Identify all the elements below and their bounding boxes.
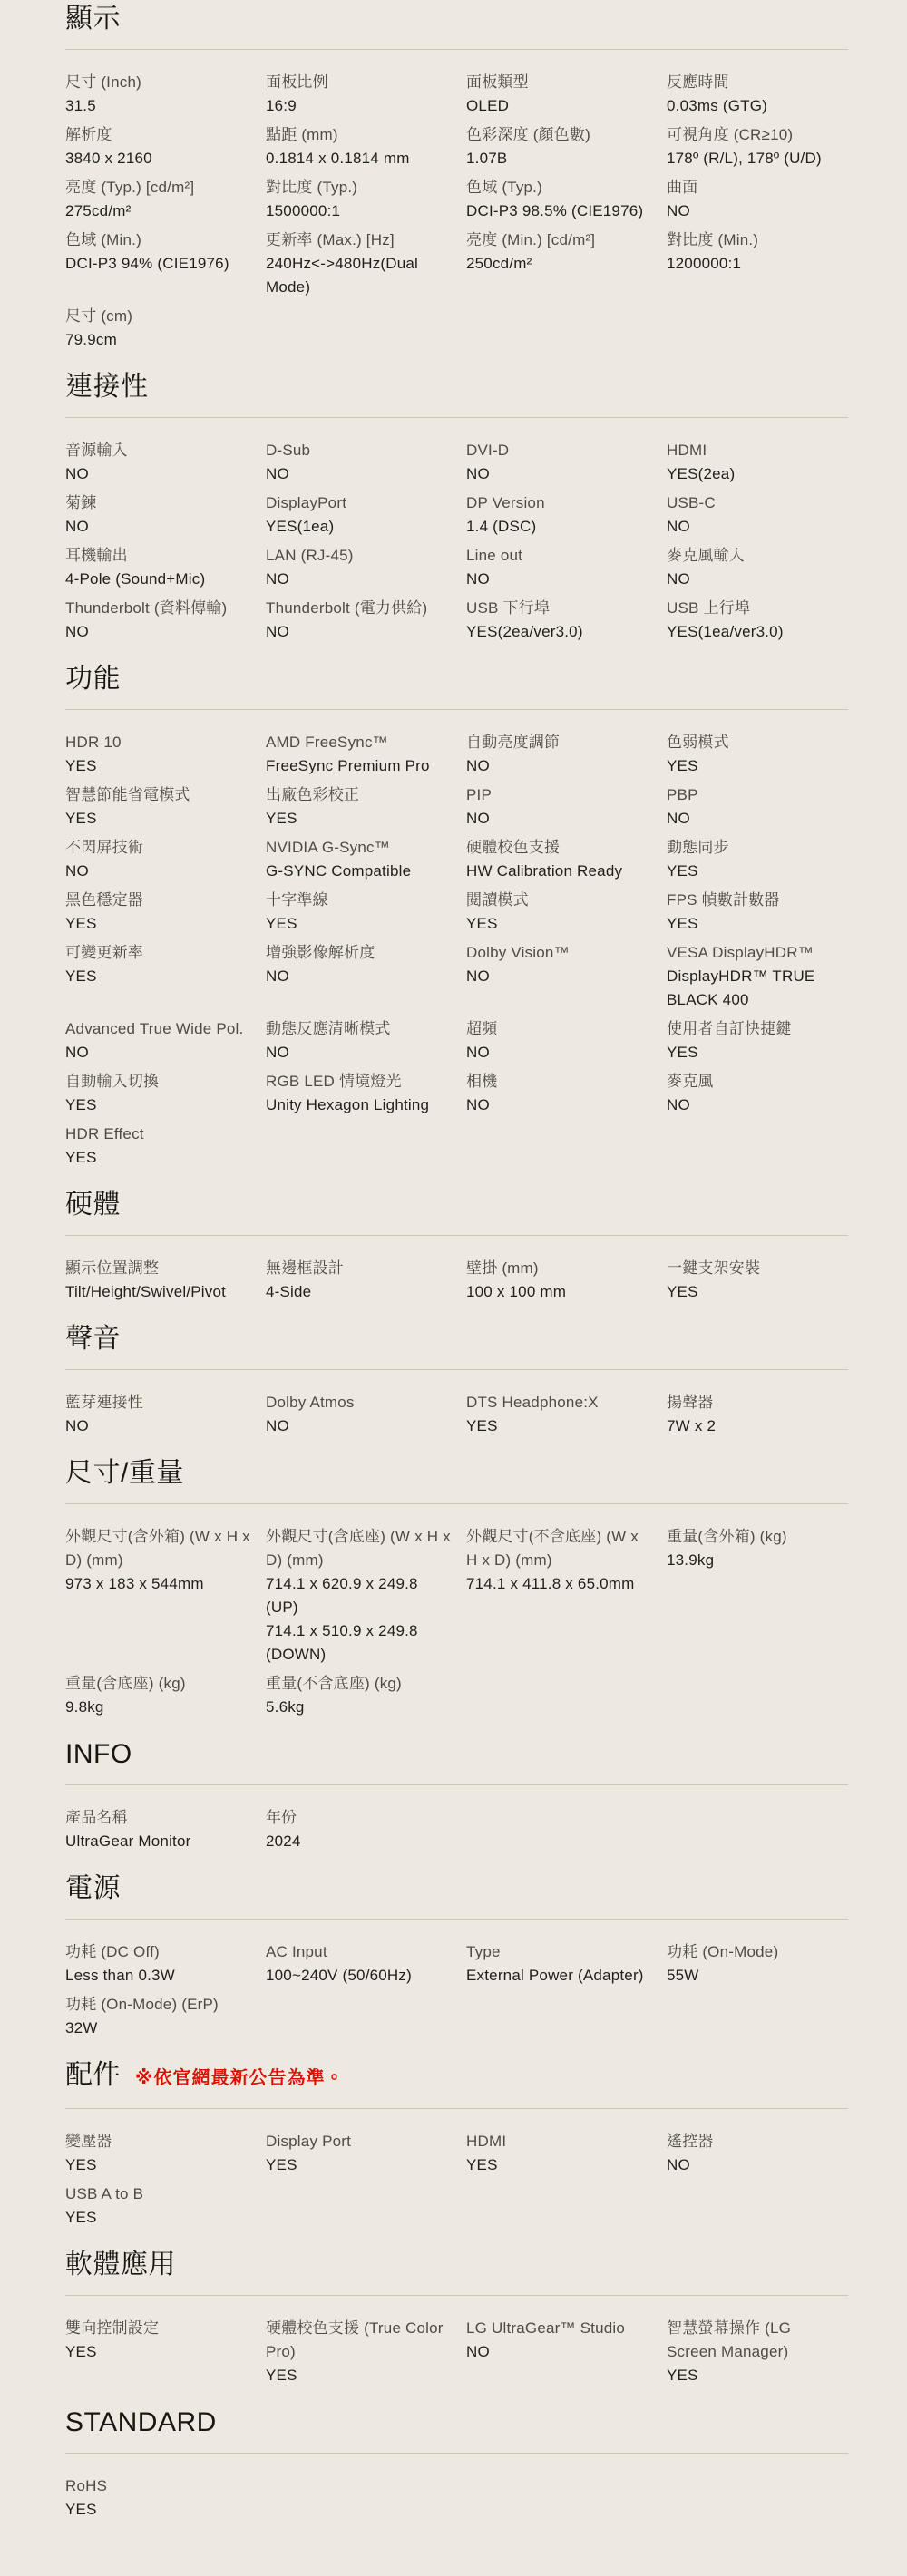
spec-value: NO xyxy=(667,199,835,223)
spec-label: HDR Effect xyxy=(65,1123,253,1146)
spec-value: NO xyxy=(667,1094,835,1117)
spec-label: 不閃屏技術 xyxy=(65,836,253,860)
spec-label: 超頻 xyxy=(466,1017,654,1041)
spec-cell: 年份2024 xyxy=(266,1806,466,1853)
spec-label: 重量(含外箱) (kg) xyxy=(667,1525,835,1549)
spec-label: 面板比例 xyxy=(266,71,453,94)
spec-cell: 對比度 (Min.)1200000:1 xyxy=(667,228,848,299)
spec-value: YES xyxy=(266,2153,453,2177)
spec-label: AC Input xyxy=(266,1940,453,1964)
spec-label: Thunderbolt (資料傳輸) xyxy=(65,597,253,620)
spec-value: External Power (Adapter) xyxy=(466,1964,654,1988)
spec-cell: AC Input100~240V (50/60Hz) xyxy=(266,1940,466,1988)
spec-cell: 揚聲器7W x 2 xyxy=(667,1391,848,1438)
spec-cell: DisplayPortYES(1ea) xyxy=(266,491,466,539)
spec-cell: 自動輸入切換YES xyxy=(65,1070,266,1117)
spec-label: Dolby Vision™ xyxy=(466,941,654,965)
spec-label: 反應時間 xyxy=(667,71,835,94)
spec-cell: 解析度3840 x 2160 xyxy=(65,123,266,170)
spec-cell: USB 上行埠YES(1ea/ver3.0) xyxy=(667,597,848,644)
spec-value: Tilt/Height/Swivel/Pivot xyxy=(65,1280,253,1304)
spec-label: 外觀尺寸(含底座) (W x H x D) (mm) xyxy=(266,1525,453,1572)
section-divider xyxy=(65,709,848,710)
spec-cell: 動態同步YES xyxy=(667,836,848,883)
section-divider xyxy=(65,1919,848,1920)
spec-cell: TypeExternal Power (Adapter) xyxy=(466,1940,667,1988)
spec-label: DTS Headphone:X xyxy=(466,1391,654,1414)
spec-section-1: 連接性音源輸入NOD-SubNODVI-DNOHDMIYES(2ea)菊鍊NOD… xyxy=(65,368,848,644)
spec-value: YES xyxy=(466,912,654,936)
spec-label: NVIDIA G-Sync™ xyxy=(266,836,453,860)
spec-cell: USB A to BYES xyxy=(65,2182,266,2230)
spec-value: YES(1ea) xyxy=(266,515,453,539)
spec-value: FreeSync Premium Pro xyxy=(266,754,453,778)
spec-label: 更新率 (Max.) [Hz] xyxy=(266,228,453,252)
spec-value: YES xyxy=(266,807,453,831)
spec-value: YES xyxy=(65,2153,253,2177)
spec-value: YES xyxy=(266,912,453,936)
spec-cell: 不閃屏技術NO xyxy=(65,836,266,883)
spec-cell: 增強影像解析度NO xyxy=(266,941,466,1012)
spec-label: USB-C xyxy=(667,491,835,515)
spec-label: 使用者自訂快捷鍵 xyxy=(667,1017,835,1041)
spec-value: NO xyxy=(266,1414,453,1438)
section-divider xyxy=(65,2295,848,2296)
spec-label: FPS 幀數計數器 xyxy=(667,889,835,912)
spec-cell: 對比度 (Typ.)1500000:1 xyxy=(266,176,466,223)
spec-row: 功耗 (On-Mode) (ErP)32W xyxy=(65,1993,848,2040)
spec-value: NO xyxy=(466,807,654,831)
spec-value: 55W xyxy=(667,1964,835,1988)
spec-label: Display Port xyxy=(266,2130,453,2153)
spec-row: 智慧節能省電模式YES出廠色彩校正YESPIPNOPBPNO xyxy=(65,783,848,831)
spec-page: 顯示尺寸 (Inch)31.5面板比例16:9面板類型OLED反應時間0.03m… xyxy=(0,0,907,2569)
spec-value: YES xyxy=(65,2340,253,2364)
spec-value: YES xyxy=(466,2153,654,2177)
spec-cell: 反應時間0.03ms (GTG) xyxy=(667,71,848,118)
spec-label: 亮度 (Typ.) [cd/m²] xyxy=(65,176,253,199)
spec-value: YES xyxy=(667,754,835,778)
section-title-text: 軟體應用 xyxy=(65,2246,176,2284)
spec-value: NO xyxy=(466,568,654,591)
spec-cell: 重量(含底座) (kg)9.8kg xyxy=(65,1672,266,1719)
spec-label: 動態同步 xyxy=(667,836,835,860)
section-title: 硬體 xyxy=(65,1186,848,1224)
spec-value: DisplayHDR™ TRUE BLACK 400 xyxy=(667,965,835,1012)
section-title-text: 功能 xyxy=(65,660,121,698)
spec-value: YES xyxy=(65,2498,253,2522)
spec-row: RoHSYES xyxy=(65,2474,848,2522)
spec-cell: 可視角度 (CR≥10)178º (R/L), 178º (U/D) xyxy=(667,123,848,170)
section-divider xyxy=(65,2108,848,2109)
spec-value: NO xyxy=(667,807,835,831)
spec-value: YES xyxy=(466,1414,654,1438)
spec-value: 2024 xyxy=(266,1830,453,1853)
spec-cell: 變壓器YES xyxy=(65,2130,266,2177)
spec-value: Unity Hexagon Lighting xyxy=(266,1094,453,1117)
spec-value: YES xyxy=(667,1280,835,1304)
spec-cell: Dolby Vision™NO xyxy=(466,941,667,1012)
section-rows: RoHSYES xyxy=(65,2474,848,2522)
spec-cell: AMD FreeSync™FreeSync Premium Pro xyxy=(266,731,466,778)
spec-value: NO xyxy=(65,1414,253,1438)
spec-section-2: 功能HDR 10YESAMD FreeSync™FreeSync Premium… xyxy=(65,660,848,1170)
spec-value: 1500000:1 xyxy=(266,199,453,223)
spec-row: Thunderbolt (資料傳輸)NOThunderbolt (電力供給)NO… xyxy=(65,597,848,644)
spec-cell: 麥克風輸入NO xyxy=(667,544,848,591)
section-divider xyxy=(65,49,848,50)
spec-value: NO xyxy=(65,462,253,486)
spec-value: NO xyxy=(466,462,654,486)
section-title-text: 顯示 xyxy=(65,0,121,38)
section-divider xyxy=(65,2453,848,2454)
spec-cell: HDR EffectYES xyxy=(65,1123,266,1170)
spec-label: 功耗 (On-Mode) (ErP) xyxy=(65,1993,253,2017)
spec-row: USB A to BYES xyxy=(65,2182,848,2230)
spec-cell: 十字準線YES xyxy=(266,889,466,936)
spec-label: 麥克風 xyxy=(667,1070,835,1094)
spec-row: HDR EffectYES xyxy=(65,1123,848,1170)
spec-row: 色域 (Min.)DCI-P3 94% (CIE1976)更新率 (Max.) … xyxy=(65,228,848,299)
spec-label: 亮度 (Min.) [cd/m²] xyxy=(466,228,654,252)
spec-label: 十字準線 xyxy=(266,889,453,912)
spec-row: 功耗 (DC Off)Less than 0.3WAC Input100~240… xyxy=(65,1940,848,1988)
spec-row: 菊鍊NODisplayPortYES(1ea)DP Version1.4 (DS… xyxy=(65,491,848,539)
spec-cell: FPS 幀數計數器YES xyxy=(667,889,848,936)
spec-value: DCI-P3 98.5% (CIE1976) xyxy=(466,199,654,223)
section-title: STANDARD xyxy=(65,2404,848,2442)
spec-cell: 黑色穩定器YES xyxy=(65,889,266,936)
spec-value: YES xyxy=(65,965,253,988)
spec-value: 4-Pole (Sound+Mic) xyxy=(65,568,253,591)
spec-cell: Advanced True Wide Pol.NO xyxy=(65,1017,266,1064)
spec-section-10: STANDARDRoHSYES xyxy=(65,2404,848,2522)
section-title: 聲音 xyxy=(65,1320,848,1358)
spec-cell: 色彩深度 (顏色數)1.07B xyxy=(466,123,667,170)
section-rows: 功耗 (DC Off)Less than 0.3WAC Input100~240… xyxy=(65,1940,848,2040)
spec-cell: 可變更新率YES xyxy=(65,941,266,1012)
spec-label: 智慧螢幕操作 (LG Screen Manager) xyxy=(667,2317,835,2364)
spec-value: NO xyxy=(466,2340,654,2364)
spec-label: Type xyxy=(466,1940,654,1964)
spec-label: USB A to B xyxy=(65,2182,253,2206)
spec-row: 音源輸入NOD-SubNODVI-DNOHDMIYES(2ea) xyxy=(65,439,848,486)
spec-row: 變壓器YESDisplay PortYESHDMIYES遙控器NO xyxy=(65,2130,848,2177)
spec-section-0: 顯示尺寸 (Inch)31.5面板比例16:9面板類型OLED反應時間0.03m… xyxy=(65,0,848,352)
spec-cell: D-SubNO xyxy=(266,439,466,486)
spec-label: 自動輸入切換 xyxy=(65,1070,253,1094)
section-title-text: 尺寸/重量 xyxy=(65,1454,184,1492)
spec-value: NO xyxy=(667,515,835,539)
spec-value: YES xyxy=(65,1094,253,1117)
spec-cell: LG UltraGear™ StudioNO xyxy=(466,2317,667,2387)
spec-cell: 亮度 (Typ.) [cd/m²]275cd/m² xyxy=(65,176,266,223)
spec-label: Thunderbolt (電力供給) xyxy=(266,597,453,620)
spec-value: 13.9kg xyxy=(667,1549,835,1572)
spec-value: YES(1ea/ver3.0) xyxy=(667,620,835,644)
spec-value: NO xyxy=(466,1041,654,1064)
spec-section-4: 聲音藍芽連接性NODolby AtmosNODTS Headphone:XYES… xyxy=(65,1320,848,1438)
spec-cell: 使用者自訂快捷鍵YES xyxy=(667,1017,848,1064)
section-title-text: 電源 xyxy=(65,1870,121,1908)
spec-row: Advanced True Wide Pol.NO動態反應清晰模式NO超頻NO使… xyxy=(65,1017,848,1064)
spec-value: 32W xyxy=(65,2017,253,2040)
spec-value: NO xyxy=(266,462,453,486)
spec-row: 尺寸 (Inch)31.5面板比例16:9面板類型OLED反應時間0.03ms … xyxy=(65,71,848,118)
spec-label: 相機 xyxy=(466,1070,654,1094)
spec-cell: 功耗 (On-Mode) (ErP)32W xyxy=(65,1993,266,2040)
section-title-text: 聲音 xyxy=(65,1320,121,1358)
spec-value: HW Calibration Ready xyxy=(466,860,654,883)
spec-cell: LAN (RJ-45)NO xyxy=(266,544,466,591)
spec-cell: 智慧螢幕操作 (LG Screen Manager)YES xyxy=(667,2317,848,2387)
spec-row: 解析度3840 x 2160點距 (mm)0.1814 x 0.1814 mm色… xyxy=(65,123,848,170)
spec-cell: 耳機輸出4-Pole (Sound+Mic) xyxy=(65,544,266,591)
spec-value: 9.8kg xyxy=(65,1696,253,1719)
spec-value: YES(2ea) xyxy=(667,462,835,486)
spec-label: 音源輸入 xyxy=(65,439,253,462)
spec-label: 對比度 (Min.) xyxy=(667,228,835,252)
spec-label: 一鍵支架安裝 xyxy=(667,1257,835,1280)
spec-row: 耳機輸出4-Pole (Sound+Mic)LAN (RJ-45)NOLine … xyxy=(65,544,848,591)
spec-label: 遙控器 xyxy=(667,2130,835,2153)
spec-row: 不閃屏技術NONVIDIA G-Sync™G-SYNC Compatible硬體… xyxy=(65,836,848,883)
spec-label: 無邊框設計 xyxy=(266,1257,453,1280)
spec-cell: Dolby AtmosNO xyxy=(266,1391,466,1438)
spec-cell: Display PortYES xyxy=(266,2130,466,2177)
spec-label: USB 下行埠 xyxy=(466,597,654,620)
spec-label: AMD FreeSync™ xyxy=(266,731,453,754)
spec-value: 250cd/m² xyxy=(466,252,654,276)
section-title: 連接性 xyxy=(65,368,848,406)
spec-cell: 壁掛 (mm)100 x 100 mm xyxy=(466,1257,667,1304)
spec-value: 0.03ms (GTG) xyxy=(667,94,835,118)
spec-value: 7W x 2 xyxy=(667,1414,835,1438)
spec-label: 揚聲器 xyxy=(667,1391,835,1414)
spec-value: 4-Side xyxy=(266,1280,453,1304)
spec-section-6: INFO產品名稱UltraGear Monitor年份2024 xyxy=(65,1735,848,1853)
spec-label: DVI-D xyxy=(466,439,654,462)
spec-value: YES xyxy=(667,860,835,883)
section-title-text: 硬體 xyxy=(65,1186,121,1224)
spec-label: VESA DisplayHDR™ xyxy=(667,941,835,965)
spec-cell: 外觀尺寸(含底座) (W x H x D) (mm)714.1 x 620.9 … xyxy=(266,1525,466,1667)
spec-value: 714.1 x 620.9 x 249.8 (UP) 714.1 x 510.9… xyxy=(266,1572,453,1667)
spec-section-5: 尺寸/重量外觀尺寸(含外箱) (W x H x D) (mm)973 x 183… xyxy=(65,1454,848,1719)
section-rows: HDR 10YESAMD FreeSync™FreeSync Premium P… xyxy=(65,731,848,1170)
spec-value: YES xyxy=(65,1146,253,1170)
spec-cell: 硬體校色支援HW Calibration Ready xyxy=(466,836,667,883)
spec-value: 1200000:1 xyxy=(667,252,835,276)
spec-label: 黑色穩定器 xyxy=(65,889,253,912)
section-divider xyxy=(65,1503,848,1504)
spec-row: 外觀尺寸(含外箱) (W x H x D) (mm)973 x 183 x 54… xyxy=(65,1525,848,1667)
spec-label: 智慧節能省電模式 xyxy=(65,783,253,807)
spec-row: 尺寸 (cm)79.9cm xyxy=(65,305,848,352)
section-rows: 外觀尺寸(含外箱) (W x H x D) (mm)973 x 183 x 54… xyxy=(65,1525,848,1719)
spec-value: NO xyxy=(65,515,253,539)
spec-label: 藍芽連接性 xyxy=(65,1391,253,1414)
spec-cell: Line outNO xyxy=(466,544,667,591)
spec-cell: 色弱模式YES xyxy=(667,731,848,778)
spec-label: 顯示位置調整 xyxy=(65,1257,253,1280)
spec-value: YES xyxy=(266,2364,453,2387)
spec-cell: 雙向控制設定YES xyxy=(65,2317,266,2387)
section-rows: 尺寸 (Inch)31.5面板比例16:9面板類型OLED反應時間0.03ms … xyxy=(65,71,848,352)
spec-value: NO xyxy=(667,2153,835,2177)
spec-row: 重量(含底座) (kg)9.8kg重量(不含底座) (kg)5.6kg xyxy=(65,1672,848,1719)
spec-row: HDR 10YESAMD FreeSync™FreeSync Premium P… xyxy=(65,731,848,778)
spec-row: 顯示位置調整Tilt/Height/Swivel/Pivot無邊框設計4-Sid… xyxy=(65,1257,848,1304)
spec-cell: 出廠色彩校正YES xyxy=(266,783,466,831)
spec-label: 色彩深度 (顏色數) xyxy=(466,123,654,147)
spec-label: 功耗 (On-Mode) xyxy=(667,1940,835,1964)
section-divider xyxy=(65,417,848,418)
spec-cell: USB 下行埠YES(2ea/ver3.0) xyxy=(466,597,667,644)
spec-cell: 硬體校色支援 (True Color Pro)YES xyxy=(266,2317,466,2387)
spec-cell: 點距 (mm)0.1814 x 0.1814 mm xyxy=(266,123,466,170)
spec-cell: 相機NO xyxy=(466,1070,667,1117)
spec-cell: 功耗 (DC Off)Less than 0.3W xyxy=(65,1940,266,1988)
spec-label: 產品名稱 xyxy=(65,1806,253,1830)
spec-cell: Thunderbolt (電力供給)NO xyxy=(266,597,466,644)
spec-label: 尺寸 (cm) xyxy=(65,305,253,328)
spec-cell: USB-CNO xyxy=(667,491,848,539)
spec-label: HDMI xyxy=(667,439,835,462)
spec-cell: 超頻NO xyxy=(466,1017,667,1064)
spec-value: YES xyxy=(65,807,253,831)
spec-value: DCI-P3 94% (CIE1976) xyxy=(65,252,253,276)
spec-row: 雙向控制設定YES硬體校色支援 (True Color Pro)YESLG Ul… xyxy=(65,2317,848,2387)
spec-label: RGB LED 情境燈光 xyxy=(266,1070,453,1094)
spec-value: NO xyxy=(266,620,453,644)
spec-value: NO xyxy=(65,620,253,644)
spec-value: YES xyxy=(65,912,253,936)
spec-label: 年份 xyxy=(266,1806,453,1830)
spec-cell: 尺寸 (Inch)31.5 xyxy=(65,71,266,118)
spec-section-3: 硬體顯示位置調整Tilt/Height/Swivel/Pivot無邊框設計4-S… xyxy=(65,1186,848,1304)
spec-label: 曲面 xyxy=(667,176,835,199)
spec-cell: 顯示位置調整Tilt/Height/Swivel/Pivot xyxy=(65,1257,266,1304)
spec-label: DP Version xyxy=(466,491,654,515)
spec-cell: 動態反應清晰模式NO xyxy=(266,1017,466,1064)
spec-cell: DP Version1.4 (DSC) xyxy=(466,491,667,539)
spec-value: YES xyxy=(667,2364,835,2387)
spec-cell: PBPNO xyxy=(667,783,848,831)
spec-label: 色域 (Min.) xyxy=(65,228,253,252)
section-title-text: STANDARD xyxy=(65,2404,217,2442)
spec-value: 1.07B xyxy=(466,147,654,170)
spec-cell: RoHSYES xyxy=(65,2474,266,2522)
spec-label: 外觀尺寸(含外箱) (W x H x D) (mm) xyxy=(65,1525,253,1572)
spec-cell: 外觀尺寸(含外箱) (W x H x D) (mm)973 x 183 x 54… xyxy=(65,1525,266,1667)
spec-label: 尺寸 (Inch) xyxy=(65,71,253,94)
spec-value: 973 x 183 x 544mm xyxy=(65,1572,253,1596)
section-rows: 雙向控制設定YES硬體校色支援 (True Color Pro)YESLG Ul… xyxy=(65,2317,848,2387)
section-rows: 產品名稱UltraGear Monitor年份2024 xyxy=(65,1806,848,1853)
spec-cell: 智慧節能省電模式YES xyxy=(65,783,266,831)
section-title-text: 配件 xyxy=(65,2056,121,2095)
spec-label: LG UltraGear™ Studio xyxy=(466,2317,654,2340)
spec-cell: NVIDIA G-Sync™G-SYNC Compatible xyxy=(266,836,466,883)
spec-cell: 產品名稱UltraGear Monitor xyxy=(65,1806,266,1853)
section-divider xyxy=(65,1784,848,1785)
spec-cell: 功耗 (On-Mode)55W xyxy=(667,1940,848,1988)
spec-cell: 面板比例16:9 xyxy=(266,71,466,118)
spec-cell: VESA DisplayHDR™DisplayHDR™ TRUE BLACK 4… xyxy=(667,941,848,1012)
section-title: INFO xyxy=(65,1735,848,1774)
section-title: 尺寸/重量 xyxy=(65,1454,848,1492)
spec-cell: RGB LED 情境燈光Unity Hexagon Lighting xyxy=(266,1070,466,1117)
spec-cell: 音源輸入NO xyxy=(65,439,266,486)
section-title: 顯示 xyxy=(65,0,848,38)
spec-label: 外觀尺寸(不含底座) (W x H x D) (mm) xyxy=(466,1525,654,1572)
spec-value: Less than 0.3W xyxy=(65,1964,253,1988)
spec-label: HDMI xyxy=(466,2130,654,2153)
spec-value: 240Hz<->480Hz(Dual Mode) xyxy=(266,252,453,299)
spec-cell: 重量(含外箱) (kg)13.9kg xyxy=(667,1525,848,1667)
spec-value: NO xyxy=(466,965,654,988)
spec-value: OLED xyxy=(466,94,654,118)
spec-cell: 菊鍊NO xyxy=(65,491,266,539)
spec-value: 100~240V (50/60Hz) xyxy=(266,1964,453,1988)
spec-value: YES xyxy=(667,912,835,936)
spec-row: 產品名稱UltraGear Monitor年份2024 xyxy=(65,1806,848,1853)
spec-label: 硬體校色支援 xyxy=(466,836,654,860)
section-title: 軟體應用 xyxy=(65,2246,848,2284)
spec-label: 可視角度 (CR≥10) xyxy=(667,123,835,147)
spec-value: 0.1814 x 0.1814 mm xyxy=(266,147,453,170)
spec-cell: 無邊框設計4-Side xyxy=(266,1257,466,1304)
spec-cell: DVI-DNO xyxy=(466,439,667,486)
spec-label: 重量(不含底座) (kg) xyxy=(266,1672,453,1696)
spec-label: DisplayPort xyxy=(266,491,453,515)
spec-cell: 色域 (Typ.)DCI-P3 98.5% (CIE1976) xyxy=(466,176,667,223)
spec-label: 色弱模式 xyxy=(667,731,835,754)
spec-cell: 外觀尺寸(不含底座) (W x H x D) (mm)714.1 x 411.8… xyxy=(466,1525,667,1667)
spec-cell: 曲面NO xyxy=(667,176,848,223)
spec-label: 色域 (Typ.) xyxy=(466,176,654,199)
spec-cell: HDMIYES xyxy=(466,2130,667,2177)
spec-value: YES(2ea/ver3.0) xyxy=(466,620,654,644)
spec-cell: Thunderbolt (資料傳輸)NO xyxy=(65,597,266,644)
spec-label: HDR 10 xyxy=(65,731,253,754)
spec-label: 可變更新率 xyxy=(65,941,253,965)
spec-label: 麥克風輸入 xyxy=(667,544,835,568)
spec-cell: 色域 (Min.)DCI-P3 94% (CIE1976) xyxy=(65,228,266,299)
spec-cell: 一鍵支架安裝YES xyxy=(667,1257,848,1304)
spec-cell: DTS Headphone:XYES xyxy=(466,1391,667,1438)
spec-label: 硬體校色支援 (True Color Pro) xyxy=(266,2317,453,2364)
spec-value: 275cd/m² xyxy=(65,199,253,223)
spec-label: 面板類型 xyxy=(466,71,654,94)
spec-label: 功耗 (DC Off) xyxy=(65,1940,253,1964)
spec-cell: HDMIYES(2ea) xyxy=(667,439,848,486)
section-note: ※依官網最新公告為準。 xyxy=(135,2059,344,2097)
spec-label: 菊鍊 xyxy=(65,491,253,515)
spec-label: 增強影像解析度 xyxy=(266,941,453,965)
spec-value: YES xyxy=(65,2206,253,2230)
spec-label: Dolby Atmos xyxy=(266,1391,453,1414)
spec-value: NO xyxy=(266,568,453,591)
spec-cell: 更新率 (Max.) [Hz]240Hz<->480Hz(Dual Mode) xyxy=(266,228,466,299)
spec-value: NO xyxy=(466,754,654,778)
spec-value: 5.6kg xyxy=(266,1696,453,1719)
spec-value: 16:9 xyxy=(266,94,453,118)
section-title-text: INFO xyxy=(65,1735,132,1774)
spec-label: 對比度 (Typ.) xyxy=(266,176,453,199)
section-divider xyxy=(65,1369,848,1370)
